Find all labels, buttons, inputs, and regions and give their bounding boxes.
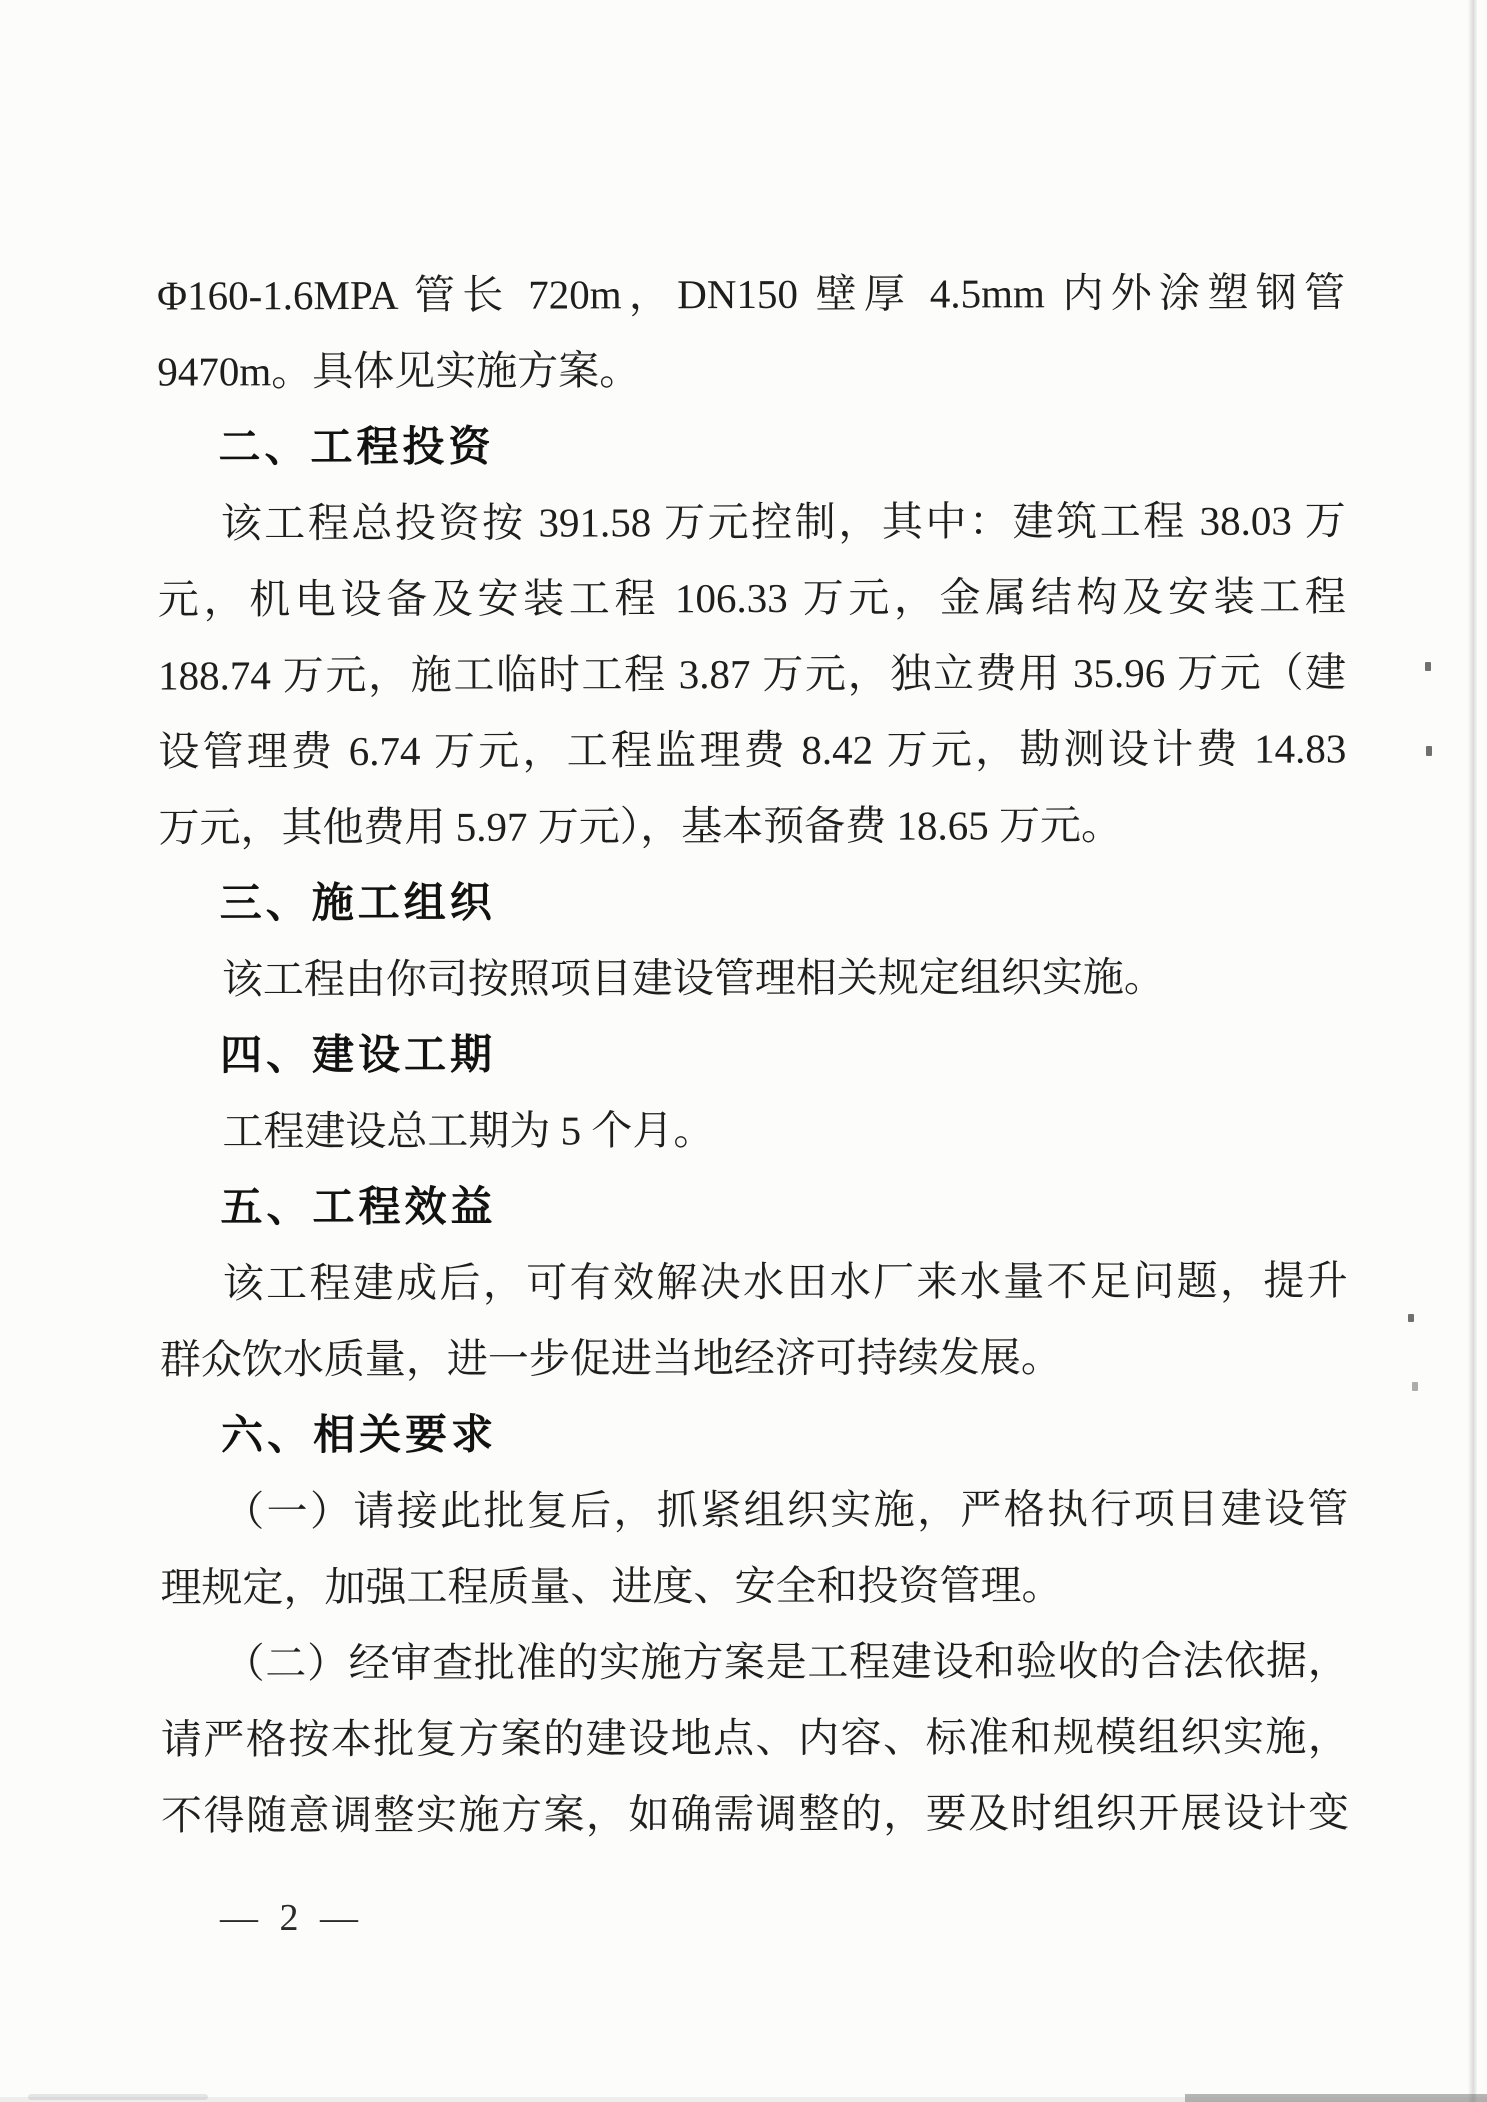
document-body: Φ160-1.6MPA 管长 720m，DN150 壁厚 4.5mm 内外涂塑钢…	[157, 254, 1349, 1853]
scan-edge-bottom-faint-line	[0, 2097, 1487, 2102]
text-line: 工程建设总工期为 5 个月。	[159, 1090, 1347, 1169]
text-line: 该工程总投资按 391.58 万元控制，其中：建筑工程 38.03 万	[158, 482, 1346, 561]
text-line: Φ160-1.6MPA 管长 720m，DN150 壁厚 4.5mm 内外涂塑钢…	[157, 254, 1345, 333]
text-line: 不得随意调整实施方案，如确需调整的，要及时组织开展设计变	[161, 1774, 1349, 1853]
section-heading-investment: 二、工程投资	[157, 406, 1345, 485]
scan-speck-1	[1425, 662, 1431, 671]
text-line: 设管理费 6.74 万元，工程监理费 8.42 万元，勘测设计费 14.83	[158, 710, 1346, 789]
text-line: （二）经审查批准的实施方案是工程建设和验收的合法依据，	[161, 1622, 1349, 1701]
text-line: 万元，其他费用 5.97 万元），基本预备费 18.65 万元。	[158, 786, 1346, 865]
text-line: 该工程建成后，可有效解决水田水厂来水量不足问题，提升	[160, 1242, 1348, 1321]
scan-speck-3	[1408, 1314, 1414, 1322]
section-heading-benefits: 五、工程效益	[159, 1166, 1347, 1245]
scan-smudge-bottom-left	[28, 2094, 208, 2100]
text-line: （一）请接此批复后，抓紧组织实施，严格执行项目建设管	[160, 1470, 1348, 1549]
page-number-label: — 2 —	[220, 1896, 364, 1940]
scanned-document-page: Φ160-1.6MPA 管长 720m，DN150 壁厚 4.5mm 内外涂塑钢…	[0, 0, 1487, 2102]
text-line: 群众饮水质量，进一步促进当地经济可持续发展。	[160, 1318, 1348, 1397]
scan-speck-2	[1426, 746, 1432, 756]
section-heading-requirements: 六、相关要求	[160, 1394, 1348, 1473]
scan-edge-right-shadow	[1468, 0, 1477, 2102]
text-line: 该工程由你司按照项目建设管理相关规定组织实施。	[159, 938, 1347, 1017]
text-line: 188.74 万元，施工临时工程 3.87 万元，独立费用 35.96 万元（建	[158, 634, 1346, 713]
section-heading-organization: 三、施工组织	[159, 862, 1347, 941]
text-line: 9470m。具体见实施方案。	[157, 330, 1345, 409]
text-line: 理规定，加强工程质量、进度、安全和投资管理。	[160, 1546, 1348, 1625]
section-heading-schedule: 四、建设工期	[159, 1014, 1347, 1093]
scan-speck-4	[1412, 1382, 1418, 1391]
text-line: 元，机电设备及安装工程 106.33 万元，金属结构及安装工程	[158, 558, 1346, 637]
text-line: 请严格按本批复方案的建设地点、内容、标准和规模组织实施，	[161, 1698, 1349, 1777]
